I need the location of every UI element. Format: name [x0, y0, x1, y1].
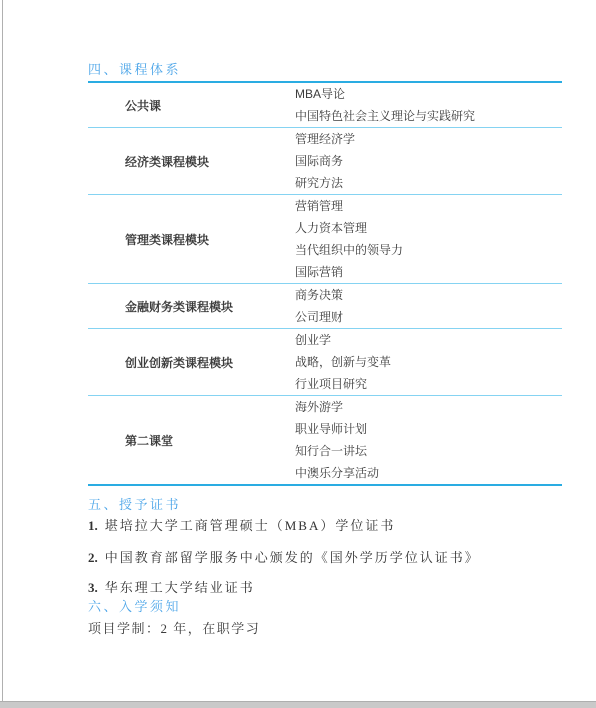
section-heading-admission: 六、入学须知	[88, 599, 562, 615]
course-item: 公司理财	[295, 306, 562, 328]
course-item: 中澳乐分享活动	[295, 462, 562, 484]
cert-list-item: 3.华东理工大学结业证书	[88, 580, 562, 595]
course-item: 营销管理	[295, 195, 562, 217]
category-cell: 经济类课程模块	[88, 128, 295, 194]
course-cell: 商务决策 公司理财	[295, 284, 562, 328]
course-item: 国际商务	[295, 150, 562, 172]
item-number: 3.	[88, 580, 98, 595]
course-item: 中国特色社会主义理论与实践研究	[295, 105, 562, 127]
document-page: 四、课程体系 公共课 MBA导论 中国特色社会主义理论与实践研究 经济类课程模块…	[0, 0, 596, 708]
course-item: 战略，创新与变革	[295, 351, 562, 373]
category-cell: 公共课	[88, 83, 295, 127]
page-left-edge	[2, 0, 3, 702]
item-text: 华东理工大学结业证书	[105, 580, 255, 595]
course-item: 研究方法	[295, 172, 562, 194]
course-cell: 管理经济学 国际商务 研究方法	[295, 128, 562, 194]
item-text: 堪培拉大学工商管理硕士（MBA）学位证书	[105, 518, 396, 533]
course-item: 管理经济学	[295, 128, 562, 150]
table-row: 公共课 MBA导论 中国特色社会主义理论与实践研究	[88, 83, 562, 128]
course-item: 创业学	[295, 329, 562, 351]
page-content: 四、课程体系 公共课 MBA导论 中国特色社会主义理论与实践研究 经济类课程模块…	[88, 62, 562, 636]
course-cell: 营销管理 人力资本管理 当代组织中的领导力 国际营销	[295, 195, 562, 283]
table-row: 第二课堂 海外游学 职业导师计划 知行合一讲坛 中澳乐分享活动	[88, 396, 562, 484]
cert-list-item: 2.中国教育部留学服务中心颁发的《国外学历学位认证书》	[88, 550, 562, 565]
table-row: 金融财务类课程模块 商务决策 公司理财	[88, 284, 562, 329]
category-cell: 创业创新类课程模块	[88, 329, 295, 395]
category-cell: 第二课堂	[88, 396, 295, 484]
table-row: 经济类课程模块 管理经济学 国际商务 研究方法	[88, 128, 562, 195]
course-item: 人力资本管理	[295, 217, 562, 239]
table-row: 管理类课程模块 营销管理 人力资本管理 当代组织中的领导力 国际营销	[88, 195, 562, 284]
section-heading-certificates: 五、授予证书	[88, 497, 562, 513]
category-cell: 金融财务类课程模块	[88, 284, 295, 328]
course-cell: 海外游学 职业导师计划 知行合一讲坛 中澳乐分享活动	[295, 396, 562, 484]
item-text: 中国教育部留学服务中心颁发的《国外学历学位认证书》	[105, 550, 480, 565]
course-item: 当代组织中的领导力	[295, 239, 562, 261]
course-table: 公共课 MBA导论 中国特色社会主义理论与实践研究 经济类课程模块 管理经济学 …	[88, 81, 562, 486]
item-number: 1.	[88, 518, 98, 533]
section-heading-course-system: 四、课程体系	[88, 62, 562, 78]
table-row: 创业创新类课程模块 创业学 战略，创新与变革 行业项目研究	[88, 329, 562, 396]
course-item: 行业项目研究	[295, 373, 562, 395]
course-item: MBA导论	[295, 83, 562, 105]
course-item: 职业导师计划	[295, 418, 562, 440]
item-number: 2.	[88, 550, 98, 565]
course-cell: MBA导论 中国特色社会主义理论与实践研究	[295, 83, 562, 127]
page-bottom-edge	[0, 701, 596, 708]
course-item: 海外游学	[295, 396, 562, 418]
course-cell: 创业学 战略，创新与变革 行业项目研究	[295, 329, 562, 395]
category-cell: 管理类课程模块	[88, 195, 295, 283]
cert-list-item: 1.堪培拉大学工商管理硕士（MBA）学位证书	[88, 518, 562, 533]
course-item: 知行合一讲坛	[295, 440, 562, 462]
course-item: 国际营销	[295, 261, 562, 283]
course-item: 商务决策	[295, 284, 562, 306]
study-length-text: 项目学制：2 年，在职学习	[88, 621, 562, 636]
